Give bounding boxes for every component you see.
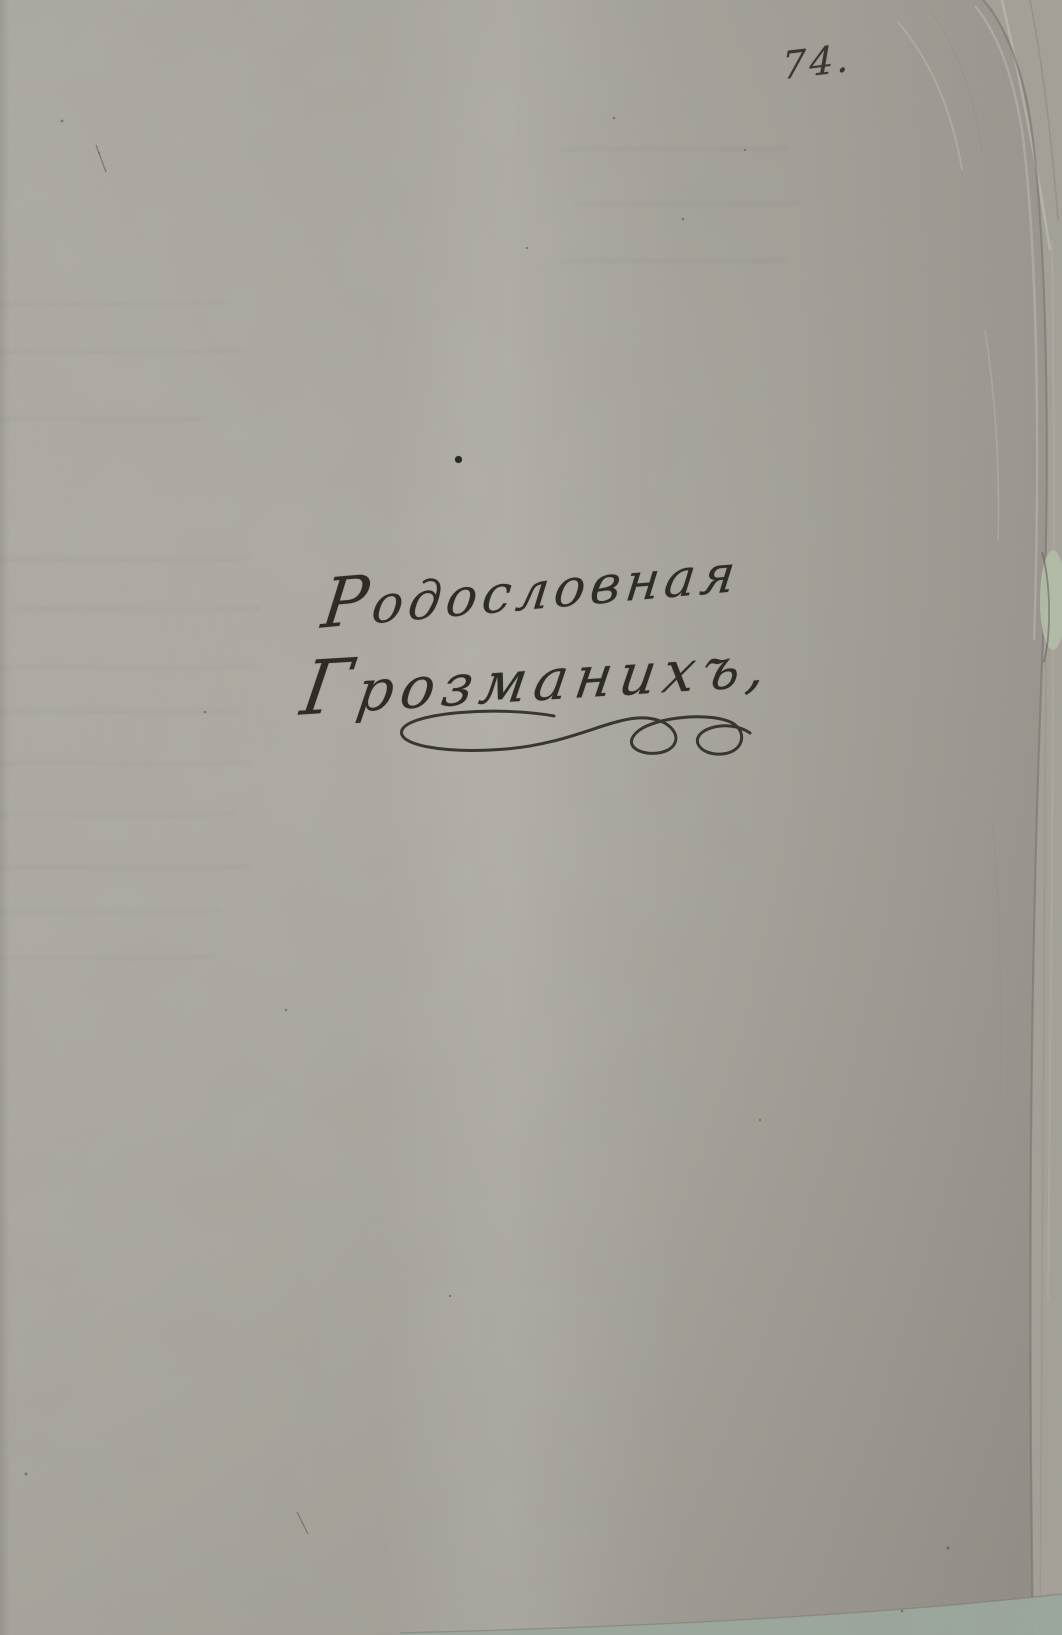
paper-specks (25, 117, 950, 1613)
manuscript-page-photo: 74. Родословная Грозманихъ, (0, 0, 1062, 1635)
bottom-band (400, 1594, 1062, 1635)
ink-dot (455, 456, 462, 463)
paper-edges-and-texture (0, 0, 1062, 1635)
page-number: 74. (782, 36, 852, 89)
tear-notch (1040, 550, 1062, 650)
page-edge (898, 0, 1062, 1635)
paper-sheen (0, 0, 1062, 1635)
underlying-page-strip (983, 0, 1062, 1635)
paper-grain (0, 0, 1062, 1635)
paper-mottle (0, 0, 1062, 1635)
